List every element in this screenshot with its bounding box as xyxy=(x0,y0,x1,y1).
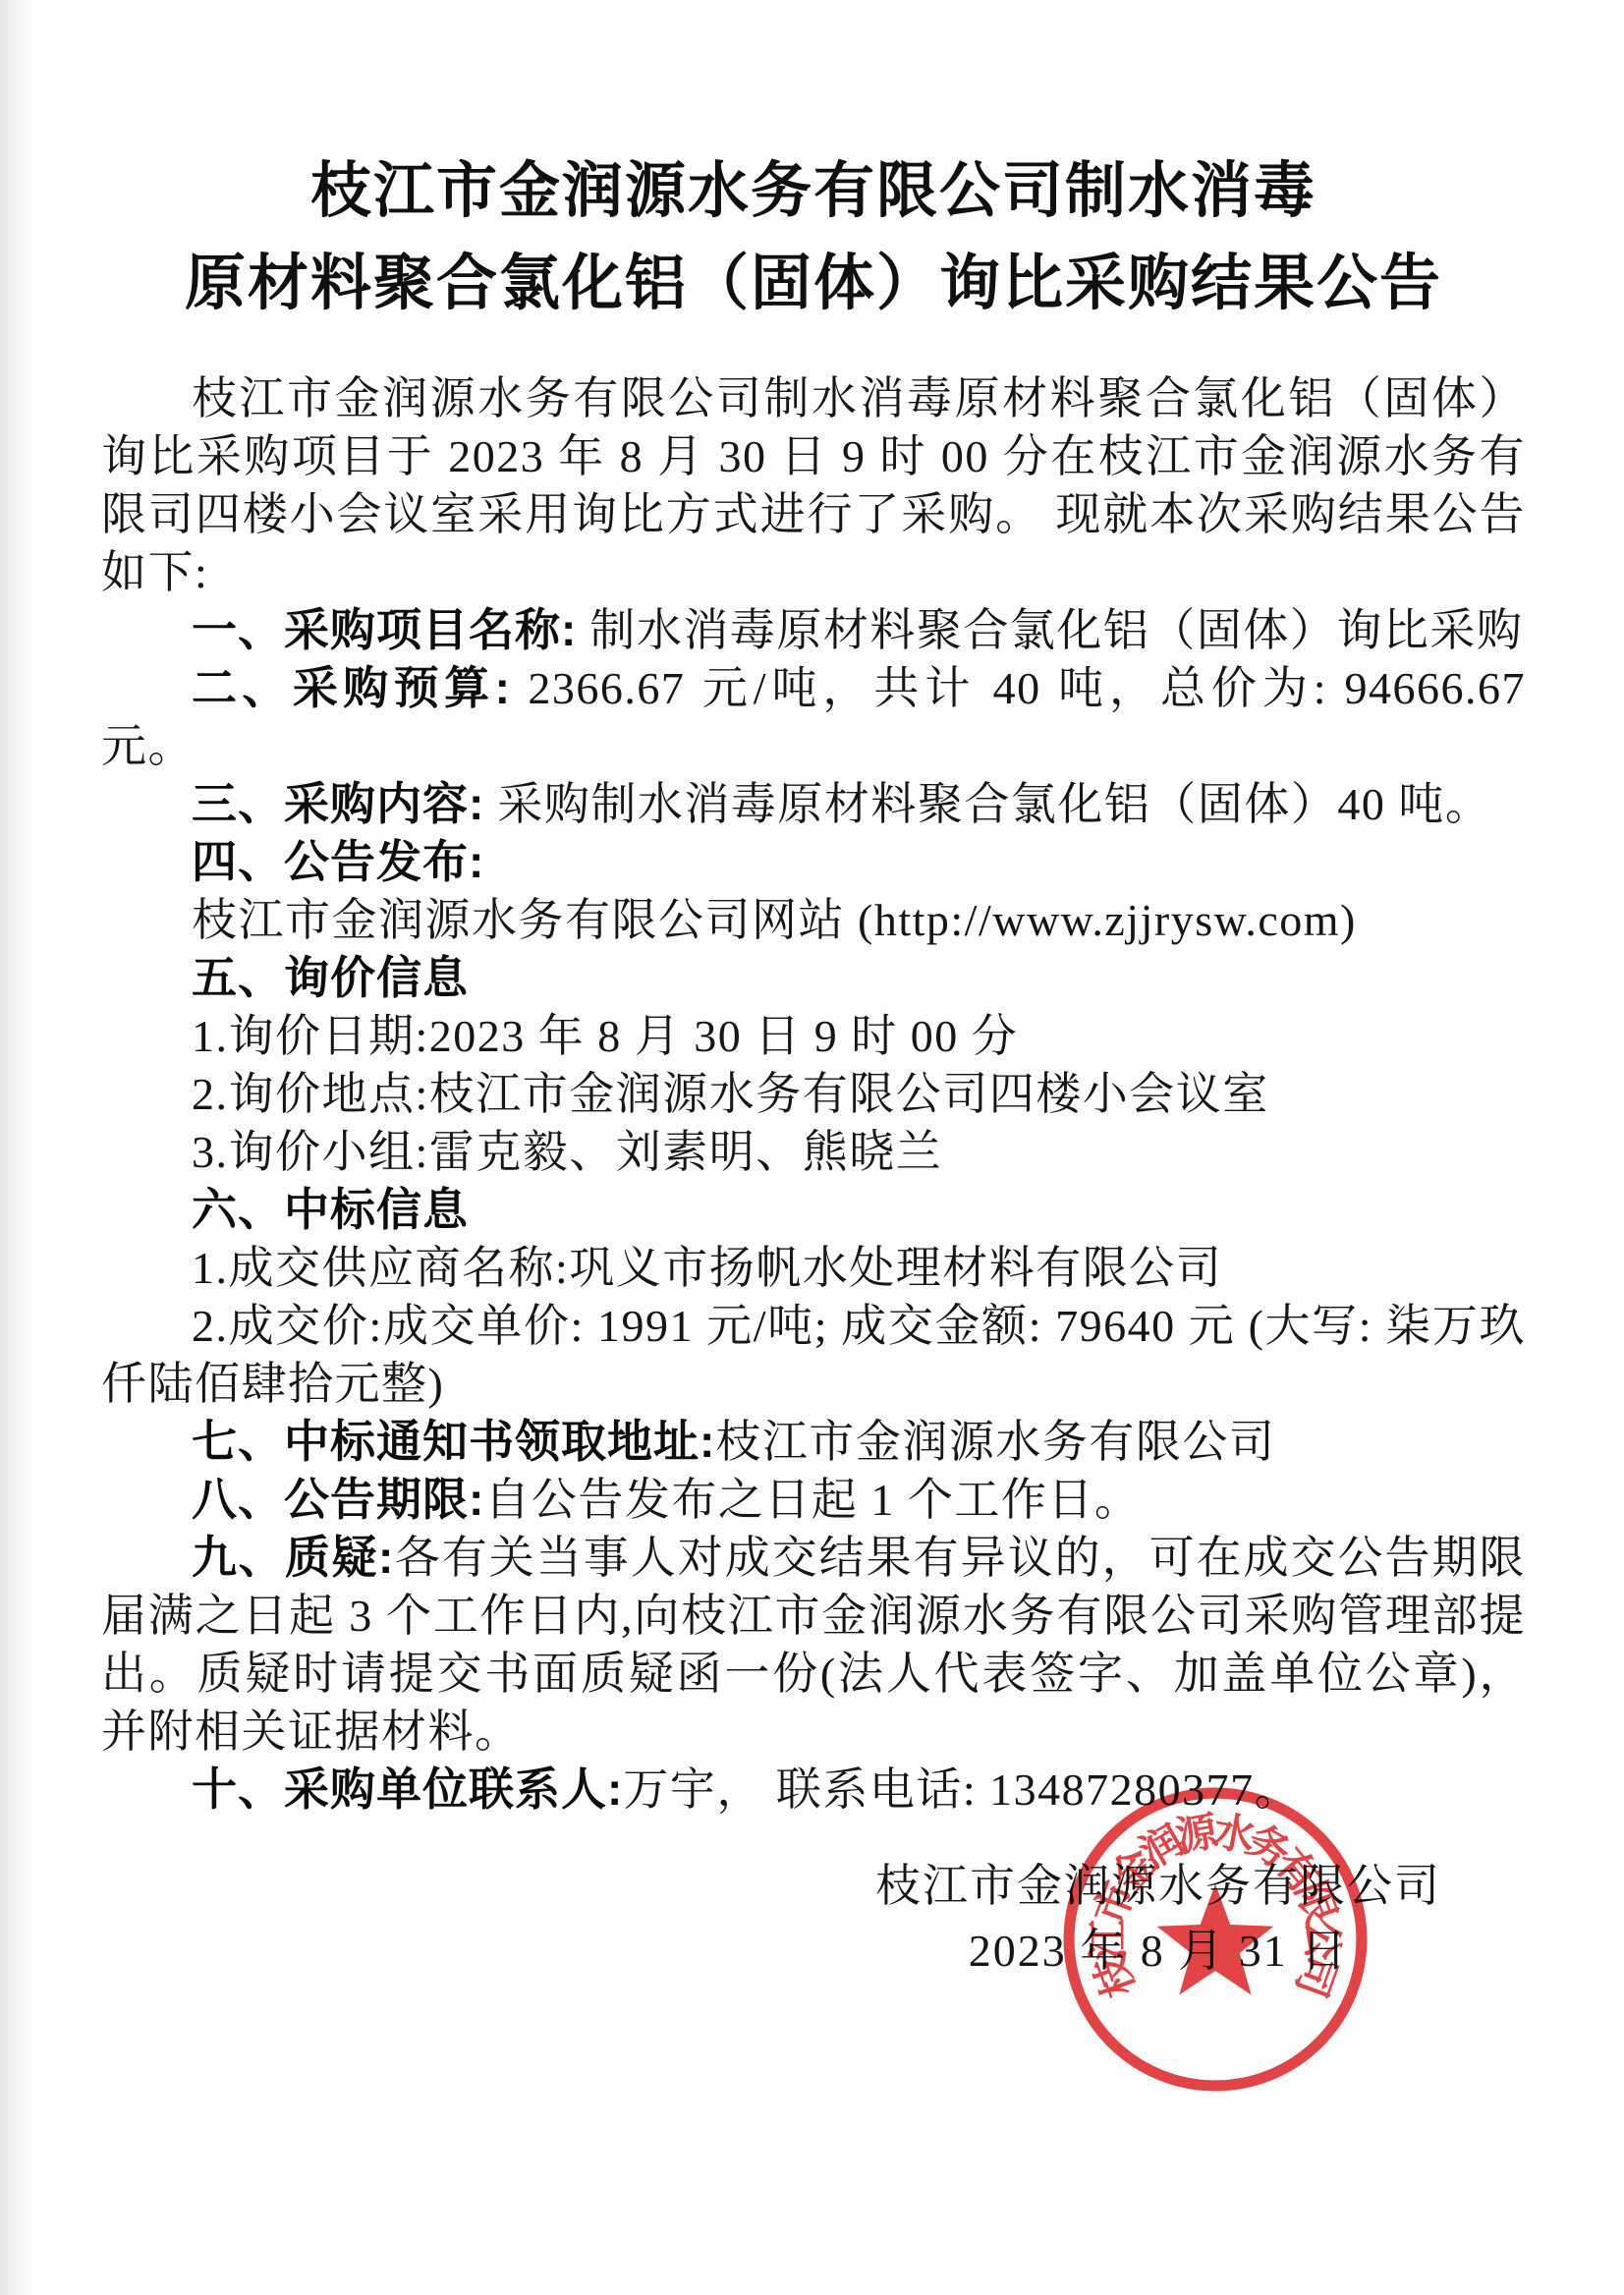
section-7-notice-address: 七、中标通知书领取地址:枝江市金润源水务有限公司 xyxy=(101,1413,1526,1471)
company-seal-svg: 枝江市金润源水务有限公司 xyxy=(1057,1781,1373,2098)
section-5-inquiry-info: 五、询价信息 xyxy=(101,949,1526,1007)
section-1-text: 制水消毒原材料聚合氯化铝（固体）询比采购 xyxy=(577,605,1523,655)
section-9-label: 九、质疑: xyxy=(192,1532,394,1583)
award-supplier-line: 1.成交供应商名称:巩义市扬帆水处理材料有限公司 xyxy=(101,1239,1526,1297)
award-price-text: 2.成交价:成交单价: 1991 元/吨; 成交金额: 79640 元 (大写:… xyxy=(101,1301,1526,1409)
section-9-objection: 九、质疑:各有关当事人对成交结果有异议的，可在成交公告期限届满之日起 3 个工作… xyxy=(101,1529,1526,1761)
section-8-text: 自公告发布之日起 1 个工作日。 xyxy=(484,1475,1141,1525)
intro-text: 枝江市金润源水务有限公司制水消毒原材料聚合氯化铝（固体）询比采购项目于 2023… xyxy=(101,373,1526,597)
intro-paragraph: 枝江市金润源水务有限公司制水消毒原材料聚合氯化铝（固体）询比采购项目于 2023… xyxy=(101,369,1526,601)
section-4-label: 四、公告发布: xyxy=(192,836,484,887)
section-7-label: 七、中标通知书领取地址: xyxy=(192,1416,715,1467)
section-3-text: 采购制水消毒原材料聚合氯化铝（固体）40 吨。 xyxy=(484,779,1491,829)
document-body: 枝江市金润源水务有限公司制水消毒原材料聚合氯化铝（固体）询比采购项目于 2023… xyxy=(101,369,1526,1819)
inquiry-panel-line: 3.询价小组:雷克毅、刘素明、熊晓兰 xyxy=(101,1123,1526,1181)
publish-website-line: 枝江市金润源水务有限公司网站 (http://www.zjjrysw.com) xyxy=(101,891,1526,949)
inquiry-place-text: 2.询价地点:枝江市金润源水务有限公司四楼小会议室 xyxy=(192,1069,1269,1119)
document-title: 枝江市金润源水务有限公司制水消毒 原材料聚合氯化铝（固体）询比采购结果公告 xyxy=(101,145,1526,330)
inquiry-panel-text: 3.询价小组:雷克毅、刘素明、熊晓兰 xyxy=(192,1127,942,1177)
title-line-1: 枝江市金润源水务有限公司制水消毒 xyxy=(101,145,1526,238)
section-7-text: 枝江市金润源水务有限公司 xyxy=(715,1417,1275,1467)
scanned-announcement-page: 枝江市金润源水务有限公司制水消毒 原材料聚合氯化铝（固体）询比采购结果公告 枝江… xyxy=(0,0,1624,2295)
section-5-label: 五、询价信息 xyxy=(192,952,469,1003)
section-6-award-info: 六、中标信息 xyxy=(101,1181,1526,1239)
seal-star-icon xyxy=(1157,1884,1274,1995)
section-4-publish: 四、公告发布: xyxy=(101,833,1526,891)
section-8-label: 八、公告期限: xyxy=(192,1474,484,1525)
section-2-label: 二、采购预算: xyxy=(192,662,511,713)
publish-website-text: 枝江市金润源水务有限公司网站 (http://www.zjjrysw.com) xyxy=(192,895,1357,945)
award-price-line: 2.成交价:成交单价: 1991 元/吨; 成交金额: 79640 元 (大写:… xyxy=(101,1297,1526,1413)
section-2-budget: 二、采购预算: 2366.67 元/吨，共计 40 吨，总价为: 94666.6… xyxy=(101,659,1526,775)
section-6-label: 六、中标信息 xyxy=(192,1184,469,1235)
section-10-label: 十、采购单位联系人: xyxy=(192,1763,623,1815)
inquiry-date-line: 1.询价日期:2023 年 8 月 30 日 9 时 00 分 xyxy=(101,1007,1526,1065)
section-8-announcement-period: 八、公告期限:自公告发布之日起 1 个工作日。 xyxy=(101,1471,1526,1529)
inquiry-place-line: 2.询价地点:枝江市金润源水务有限公司四楼小会议室 xyxy=(101,1065,1526,1123)
signature-area: 枝江市金润源水务有限公司 2023 年 8 月 31 日 枝江市金润源水务有限公… xyxy=(101,1854,1526,2208)
award-supplier-text: 1.成交供应商名称:巩义市扬帆水处理材料有限公司 xyxy=(192,1243,1222,1293)
section-3-label: 三、采购内容: xyxy=(192,778,484,829)
inquiry-date-text: 1.询价日期:2023 年 8 月 30 日 9 时 00 分 xyxy=(192,1011,1018,1061)
section-3-content: 三、采购内容: 采购制水消毒原材料聚合氯化铝（固体）40 吨。 xyxy=(101,775,1526,833)
section-1-label: 一、采购项目名称: xyxy=(192,604,577,655)
title-line-2: 原材料聚合氯化铝（固体）询比采购结果公告 xyxy=(101,238,1526,330)
company-seal: 枝江市金润源水务有限公司 xyxy=(1057,1781,1373,2098)
page-content: 枝江市金润源水务有限公司制水消毒 原材料聚合氯化铝（固体）询比采购结果公告 枝江… xyxy=(0,0,1624,2295)
section-1-project-name: 一、采购项目名称: 制水消毒原材料聚合氯化铝（固体）询比采购 xyxy=(101,601,1526,659)
